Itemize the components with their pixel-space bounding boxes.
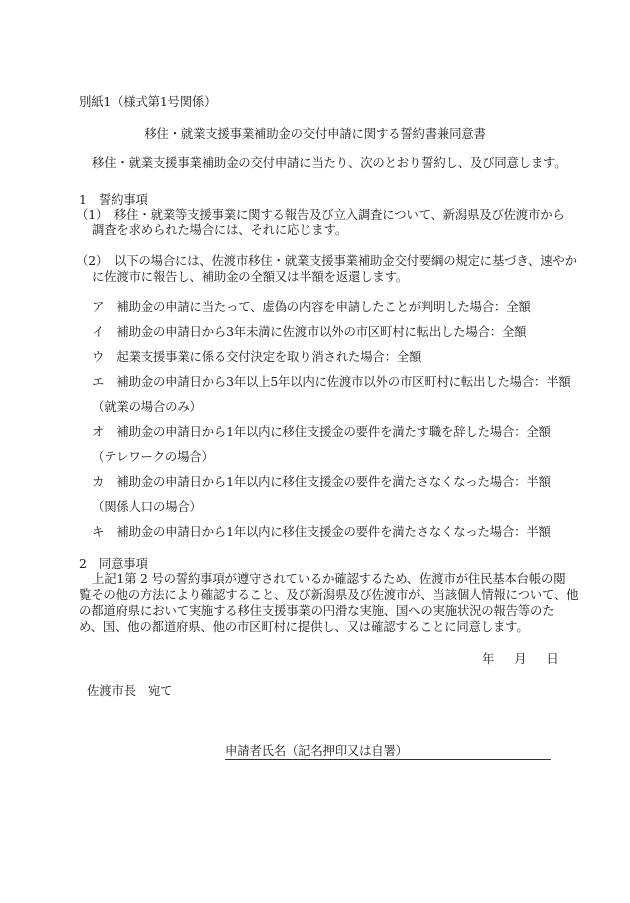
- pledge-item-1-line2: 調査を求められた場合には、それに応じます。: [92, 222, 347, 237]
- signature-label: 申請者氏名（記名押印又は自署）: [225, 743, 408, 758]
- consent-line-2: 覧その他の方法により確認すること、及び新潟県及び佐渡市が、当該個人情報について、…: [79, 587, 578, 602]
- case-e: エ 補助金の申請日から3年以上5年以内に佐渡市以外の市区町村に転出した場合：半額: [92, 374, 571, 389]
- case-group-employment: （就業の場合のみ）: [92, 399, 202, 414]
- applicant-signature-field[interactable]: 申請者氏名（記名押印又は自署）: [225, 743, 551, 760]
- case-ka: カ 補助金の申請日から1年以内に移住支援金の要件を満たさなくなった場合：半額: [92, 474, 551, 489]
- case-i: イ 補助金の申請日から3年未満に佐渡市以外の市区町村に転出した場合：全額: [92, 324, 526, 339]
- case-group-telework: （テレワークの場合）: [92, 449, 214, 464]
- case-ki: キ 補助金の申請日から1年以内に移住支援金の要件を満たさなくなった場合：半額: [92, 524, 551, 539]
- date-day: 日: [546, 651, 558, 666]
- consent-line-1: 上記1第 2 号の誓約事項が遵守されているか確認するため、佐渡市が住民基本台帳の…: [92, 571, 565, 586]
- pledge-item-2-line1: （2） 以下の場合には、佐渡市移住・就業支援事業補助金交付要綱の規定に基づき、速…: [76, 253, 577, 268]
- case-a: ア 補助金の申請に当たって、虚偽の内容を申請したことが判明した場合：全額: [92, 299, 531, 314]
- section1-heading: 1 誓約事項: [79, 192, 148, 207]
- case-group-related-population: （関係人口の場合）: [92, 499, 202, 514]
- document-title: 移住・就業支援事業補助金の交付申請に関する誓約書兼同意書: [0, 126, 630, 141]
- case-u: ウ 起業支援事業に係る交付決定を取り消された場合：全額: [92, 349, 421, 364]
- addressee: 佐渡市長 宛て: [87, 683, 172, 698]
- section2-heading: 2 同意事項: [79, 556, 148, 571]
- pledge-item-1-line1: （1） 移住・就業等支援事業に関する報告及び立入調査について、新潟県及び佐渡市か…: [76, 207, 565, 222]
- intro-text: 移住・就業支援事業補助金の交付申請に当たり、次のとおり誓約し、及び同意します。: [92, 155, 566, 170]
- date-field: 年月日: [462, 651, 559, 666]
- attachment-label: 別紙1（様式第1号関係）: [79, 94, 216, 109]
- date-month: 月: [514, 651, 526, 666]
- case-o: オ 補助金の申請日から1年以内に移住支援金の要件を満たす職を辞した場合：全額: [92, 424, 551, 439]
- date-year: 年: [482, 651, 494, 666]
- pledge-item-2-line2: に佐渡市に報告し、補助金の全額又は半額を返還します。: [92, 269, 408, 284]
- consent-line-4: め、国、他の都道府県、他の市区町村に提供し、又は確認することに同意します。: [79, 619, 529, 634]
- consent-line-3: の都道府県において実施する移住支援事業の円滑な実施、国への実施状況の報告等のた: [79, 603, 554, 618]
